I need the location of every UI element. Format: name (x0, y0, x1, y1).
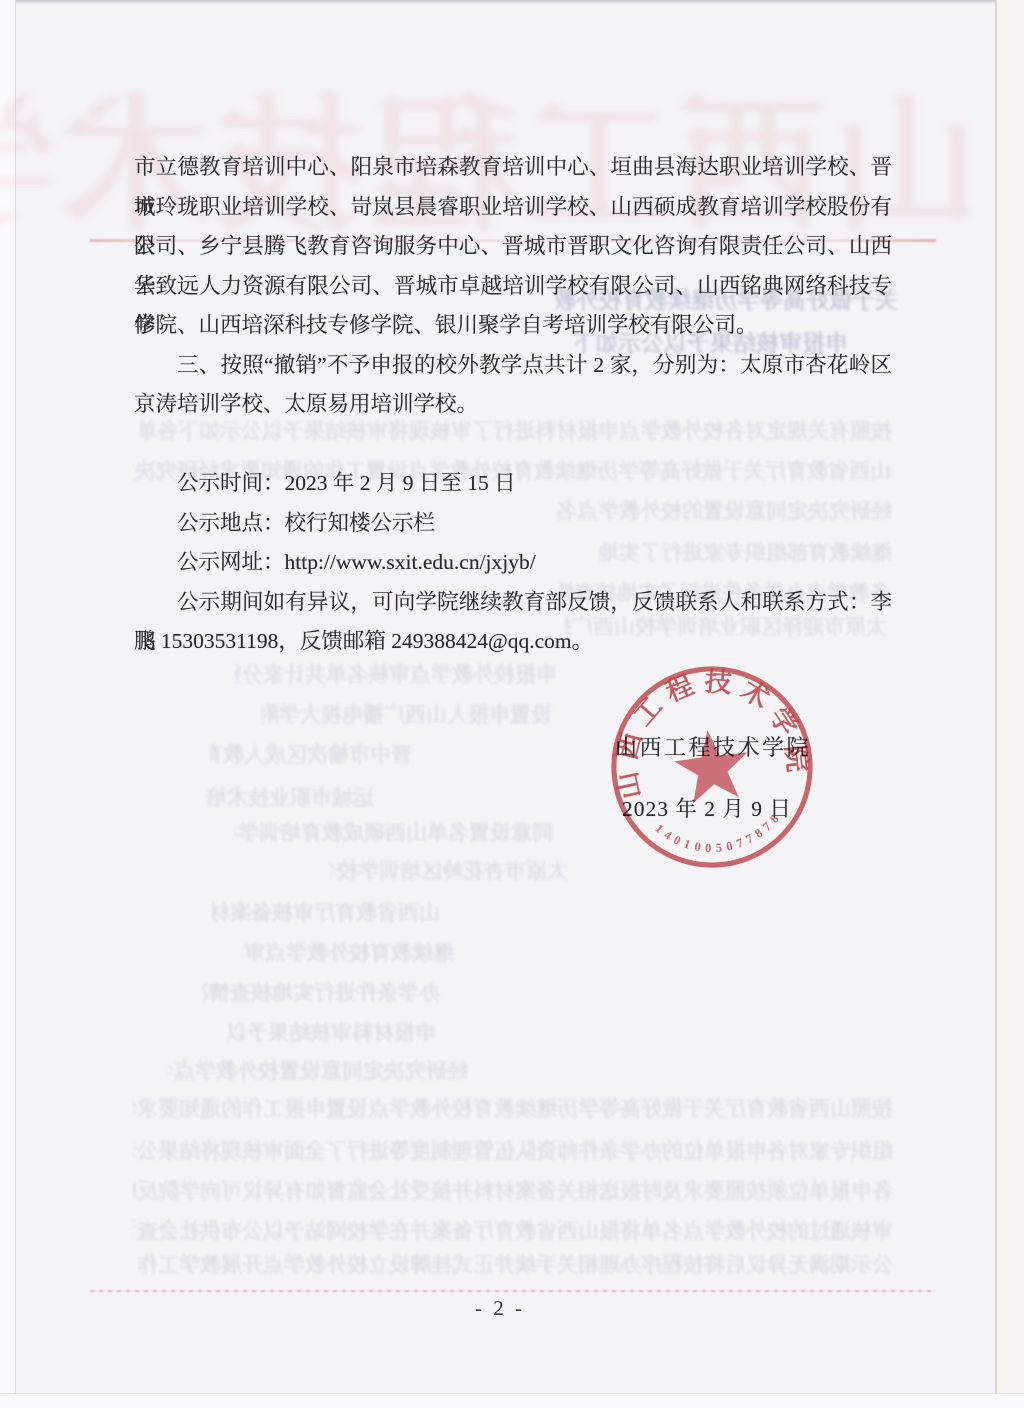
bleedthrough-line: 组织专家对各申报单位的办学条件师资队伍管理制度等进行了全面审核现将结果公示 (133, 1138, 893, 1164)
paragraph-line: 云致远人力资源有限公司、晋城市卓越培训学校有限公司、山西铭典网络科技专修 (134, 267, 892, 307)
bleedthrough-line: 按照山西省教育厅关于做好高等学历继续教育校外教学点设置申报工作的通知要求学校 (133, 1096, 893, 1122)
bleedthrough-line: 办学条件进行实地核查情况 (202, 980, 440, 1006)
bleedthrough-line: 运城市职业技术培训学校 (206, 785, 374, 811)
notice-time-line: 公示时间：2023 年 2 月 9 日至 15 日 (134, 464, 892, 504)
bleedthrough-line: 设置申报人山西广播电视大学附属学校 (262, 702, 552, 728)
paragraph-line: 公司、乡宁县腾飞教育咨询服务中心、晋城市晋职文化咨询有限责任公司、山西华 (134, 227, 892, 267)
notice-url-line: 公示网址：http://www.sxit.edu.cn/jxjyb/ (134, 543, 892, 583)
bleedthrough-line: 同意设置名单山西硕成教育培训学校 (235, 820, 553, 846)
scanned-page: 山西工程技术学院 关于做好高等学历继续教育校外教学点设置申报审核结果予以公示如下… (0, 0, 1024, 1408)
bleedthrough-line: 山西省教育厅审核备案材料 (212, 900, 440, 926)
feedback-line: 公示期间如有异议，可向学院继续教育部反馈，反馈联系人和联系方式：李鹏 (134, 583, 892, 623)
blank-line (134, 425, 892, 465)
document-body: 市立德教育培训中心、阳泉市培森教育培训中心、垣曲县海达职业培训学校、晋城 市玲珑… (134, 148, 892, 662)
bleedthrough-line: 审核通过的校外教学点名单将报山西省教育厅备案并在学校网站予以公布供社会查询 (133, 1218, 893, 1244)
seal-star-icon (671, 726, 753, 805)
paragraph-line: 京涛培训学校、太原易用培训学校。 (134, 385, 892, 425)
bleedthrough-line: 经研究决定同意设置校外教学点名单如下 (168, 1058, 468, 1084)
bleedthrough-line: 晋中市榆次区成人教育中心 (210, 742, 412, 768)
paragraph-line: 学院、山西培深科技专修学院、银川聚学自考培训学校有限公司。 (134, 306, 892, 346)
bleedthrough-line: 各申报单位须按照要求及时报送相关备案材料并接受社会监督如有异议可向学院反映 (133, 1178, 893, 1204)
paragraph-line: 市立德教育培训中心、阳泉市培森教育培训中心、垣曲县海达职业培训学校、晋城 (134, 148, 892, 188)
paragraph-line: 市玲珑职业培训学校、岢岚县晨睿职业培训学校、山西硕成教育培训学校股份有限 (134, 188, 892, 228)
bleedthrough-line: 申报材料审核结果予以公示 (228, 1020, 436, 1046)
bleedthrough-line: 公示期满无异议后将按程序办理相关手续并正式挂牌设立校外教学点开展教学工作 (133, 1252, 893, 1278)
notice-place-line: 公示地点：校行知楼公示栏 (134, 504, 892, 544)
bleedthrough-line: 申报校外教学点审核名单共计家分别为 (235, 662, 557, 688)
paragraph-line: 三、按照“撤销”不予申报的校外教学点共计 2 家，分别为：太原市杏花岭区 (134, 346, 892, 386)
page-number: - 2 - (0, 1296, 1000, 1321)
official-seal-stamp: 山西工程技术学院 1401005077878 (588, 643, 835, 890)
bleedthrough-line: 继续教育校外教学点审核 (242, 940, 454, 966)
bleedthrough-line: 太原市杏花岭区培训学校名单 (330, 858, 568, 884)
